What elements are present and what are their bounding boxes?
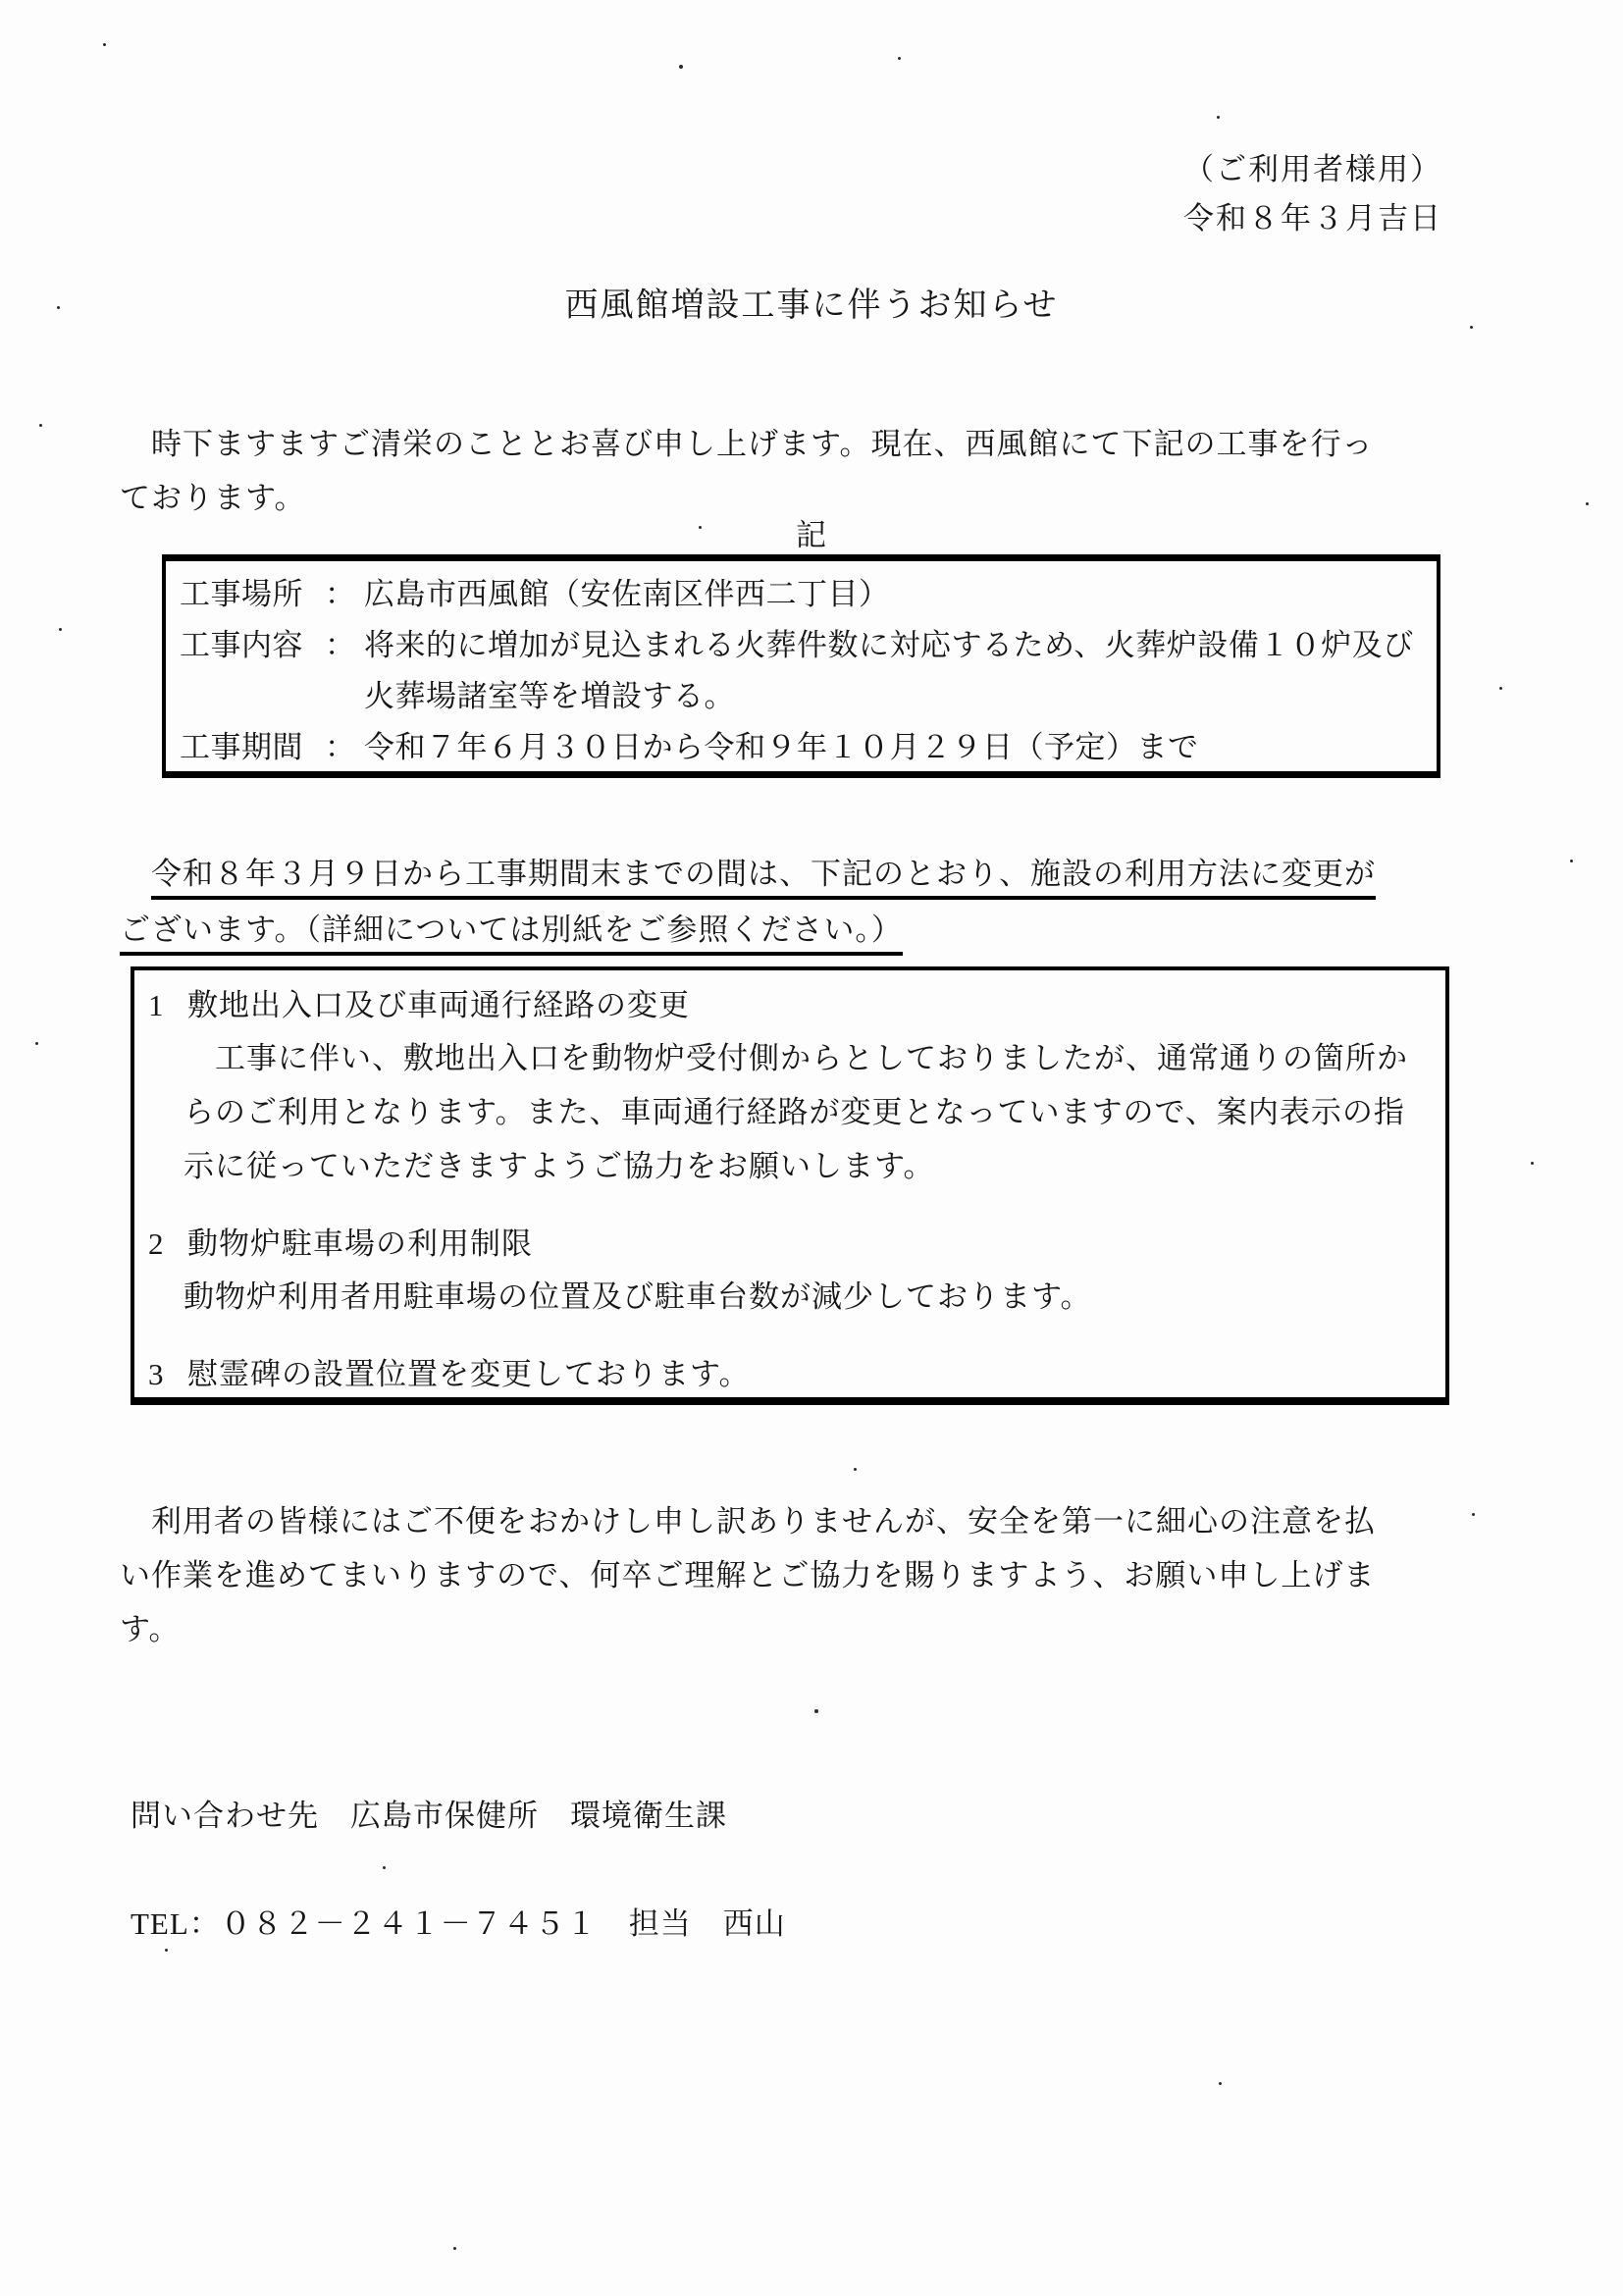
item-number: 2 xyxy=(148,1219,187,1270)
change-item-heading: 1 敷地出入口及び車両通行経路の変更 xyxy=(148,980,1426,1031)
row-label: 工事場所 xyxy=(180,569,325,620)
change-item: 1 敷地出入口及び車両通行経路の変更 工事に伴い、敷地出入口を動物炉受付側からと… xyxy=(148,980,1426,1193)
change-item-heading: 3 慰霊碑の設置位置を変更しております。 xyxy=(148,1349,1426,1400)
noise-speck xyxy=(1570,860,1573,862)
change-item: 2 動物炉駐車場の利用制限 動物炉利用者用駐車場の位置及び駐車台数が減少しており… xyxy=(148,1219,1426,1324)
row-separator: ： xyxy=(325,569,364,620)
row-value: 将来的に増加が見込まれる火葬件数に対応するため、火葬炉設備１０炉及び 火葬場諸室… xyxy=(364,620,1423,722)
change-item-body: 工事に伴い、敷地出入口を動物炉受付側からとしておりましたが、通常通りの箇所か ら… xyxy=(183,1031,1426,1193)
row-value: 令和７年６月３０日から令和９年１０月２９日（予定）まで xyxy=(364,722,1423,773)
record-marker: 記 xyxy=(0,510,1623,554)
table-row: 工事場所 ： 広島市西風館（安佐南区伴西二丁目） xyxy=(180,569,1423,620)
notice-indent xyxy=(120,857,151,891)
noise-speck xyxy=(1499,687,1502,690)
noise-speck xyxy=(1217,116,1220,119)
closing-paragraph: 利用者の皆様にはご不便をおかけし申し訳ありませんが、安全を第一に細心の注意を払 … xyxy=(120,1494,1533,1656)
noise-speck xyxy=(59,628,62,631)
item-heading-text: 動物炉駐車場の利用制限 xyxy=(187,1219,533,1270)
notice-line-2-text: ございます。（詳細については別紙をご参照ください。） xyxy=(120,913,903,956)
row-label: 工事期間 xyxy=(180,722,325,773)
row-separator: ： xyxy=(325,722,364,773)
noise-speck xyxy=(1470,326,1473,329)
noise-speck xyxy=(1586,502,1589,505)
noise-speck xyxy=(814,1709,818,1713)
page-title: 西風館増設工事に伴うお知らせ xyxy=(0,278,1623,326)
contact-block: 問い合わせ先 広島市保健所 環境衛生課 TEL：０８２－２４１－７４５１ 担当 … xyxy=(131,1735,786,2005)
table-row: 工事内容 ： 将来的に増加が見込まれる火葬件数に対応するため、火葬炉設備１０炉及… xyxy=(180,620,1423,722)
item-number: 1 xyxy=(148,980,187,1031)
change-item-heading: 2 動物炉駐車場の利用制限 xyxy=(148,1219,1426,1270)
date-line: 令和８年３月吉日 xyxy=(1183,194,1442,243)
notice-line-1: 令和８年３月９日から工事期間末までの間は、下記のとおり、施設の利用方法に変更が xyxy=(120,846,1533,902)
noise-speck xyxy=(1531,1162,1534,1165)
contact-tel: TEL：０８２－２４１－７４５１ 担当 西山 xyxy=(131,1897,786,1951)
row-value: 広島市西風館（安佐南区伴西二丁目） xyxy=(364,569,1423,620)
contact-department: 問い合わせ先 広島市保健所 環境衛生課 xyxy=(131,1789,786,1843)
usage-changes-box: 1 敷地出入口及び車両通行経路の変更 工事に伴い、敷地出入口を動物炉受付側からと… xyxy=(131,966,1449,1405)
noise-speck xyxy=(854,1468,857,1471)
change-item: 3 慰霊碑の設置位置を変更しております。 xyxy=(148,1349,1426,1400)
item-heading-text: 慰霊碑の設置位置を変更しております。 xyxy=(187,1349,751,1400)
noise-speck xyxy=(453,2247,456,2250)
noise-speck xyxy=(103,43,106,46)
change-notice-paragraph: 令和８年３月９日から工事期間末までの間は、下記のとおり、施設の利用方法に変更が … xyxy=(120,846,1533,958)
noise-speck xyxy=(1219,2082,1222,2085)
noise-speck xyxy=(35,1042,38,1045)
row-label: 工事内容 xyxy=(180,620,325,671)
table-row: 工事期間 ： 令和７年６月３０日から令和９年１０月２９日（予定）まで xyxy=(180,722,1423,773)
noise-speck xyxy=(39,424,42,427)
notice-line-2: ございます。（詳細については別紙をご参照ください。） xyxy=(120,902,1533,958)
change-item-body: 動物炉利用者用駐車場の位置及び駐車台数が減少しております。 xyxy=(183,1270,1426,1324)
item-number: 3 xyxy=(148,1349,187,1400)
document-header-right: （ご利用者様用） 令和８年３月吉日 xyxy=(1183,145,1442,243)
notice-line-1-text: 令和８年３月９日から工事期間末までの間は、下記のとおり、施設の利用方法に変更が xyxy=(151,857,1376,900)
recipient-note: （ご利用者様用） xyxy=(1183,145,1442,194)
noise-speck xyxy=(898,57,901,60)
noise-speck xyxy=(679,65,683,69)
construction-info-table: 工事場所 ： 広島市西風館（安佐南区伴西二丁目） 工事内容 ： 将来的に増加が見… xyxy=(162,554,1440,778)
row-separator: ： xyxy=(325,620,364,671)
intro-paragraph: 時下ますますご清栄のこととお喜び申し上げます。現在、西風館にて下記の工事を行っ … xyxy=(120,417,1533,525)
item-heading-text: 敷地出入口及び車両通行経路の変更 xyxy=(187,980,690,1031)
